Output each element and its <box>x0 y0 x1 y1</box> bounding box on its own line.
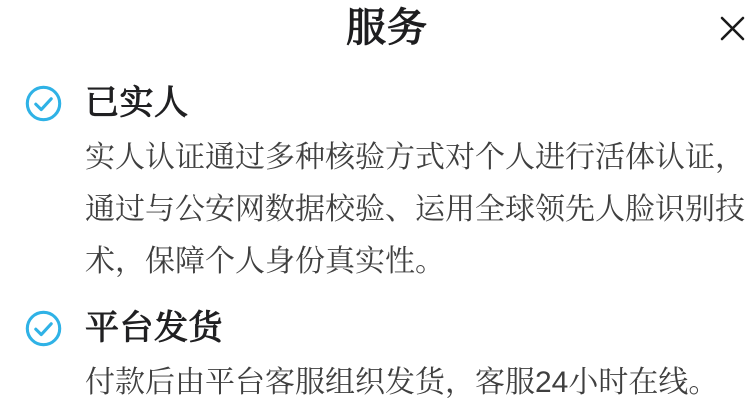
modal-header: 服务 <box>0 0 752 48</box>
check-circle-icon <box>25 310 62 347</box>
section-heading-row: 已实人 <box>25 85 752 122</box>
section-heading: 已实人 <box>85 85 189 122</box>
description-line: 术，保障个人身份真实性。 <box>85 236 747 288</box>
modal-title: 服务 <box>11 7 752 49</box>
section-description: 付款后由平台客服组织发货，客服24小时在线。 <box>85 357 747 408</box>
section-heading: 平台发货 <box>85 310 223 347</box>
service-section-platform-shipping: 平台发货 付款后由平台客服组织发货，客服24小时在线。 <box>0 310 752 408</box>
service-section-real-person: 已实人 实人认证通过多种核验方式对个人进行活体认证， 通过与公安网数据校验、运用… <box>0 85 752 288</box>
description-line: 实人认证通过多种核验方式对个人进行活体认证， <box>85 132 747 184</box>
check-circle-icon <box>25 85 62 122</box>
description-line: 通过与公安网数据校验、运用全球领先人脸识别技 <box>85 184 747 236</box>
services-modal: 服务 已实人 实人认证通过多种核验方式对个人进行活体认证， 通过与公安网数据校验… <box>0 0 752 408</box>
description-line: 付款后由平台客服组织发货，客服24小时在线。 <box>85 357 747 408</box>
close-icon <box>718 14 747 43</box>
section-description: 实人认证通过多种核验方式对个人进行活体认证， 通过与公安网数据校验、运用全球领先… <box>85 132 747 288</box>
section-heading-row: 平台发货 <box>25 310 752 347</box>
close-button[interactable] <box>715 11 749 45</box>
